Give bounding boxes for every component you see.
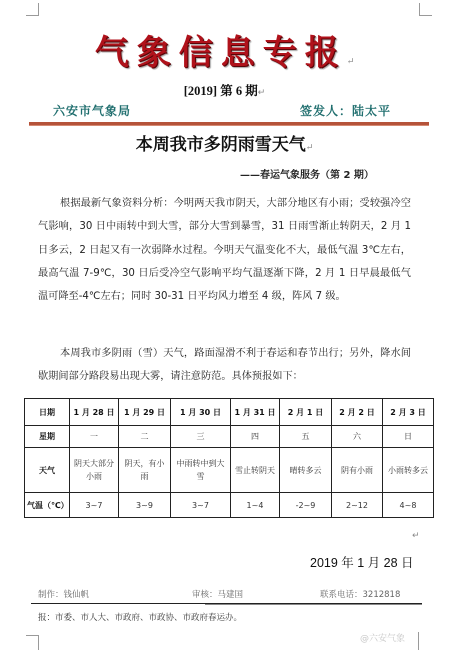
report-recipients: 报：市委、市人大、市政府、市政协、市政府春运办。 [38, 611, 242, 623]
issue-number: [2019] 第 6 期↵ [0, 81, 449, 99]
weather-cell: 晴转多云 [280, 448, 332, 493]
body-paragraph-2: 本周我市多阴雨（雪）天气，路面湿滑不利于春运和春节出行；另外，降水间歇期间部分路… [38, 342, 411, 389]
temp-cell: 4~8 [383, 493, 434, 518]
footer-reviewer: 审核：马建国 [192, 588, 243, 600]
page-corner-top-right [419, 3, 432, 16]
masthead-text: 气象信息专报 [95, 33, 347, 73]
temp-cell: 3~7 [70, 493, 119, 518]
table-row-date: 日期 1 月 28 日 1 月 29 日 1 月 30 日 1 月 31 日 2… [25, 399, 434, 426]
headline-text: 本周我市多阴雨雪天气 [136, 135, 306, 155]
date-cell: 1 月 30 日 [171, 399, 231, 426]
header-divider [29, 122, 429, 126]
row-header-temperature: 气温（℃） [25, 493, 70, 518]
temp-cell: 2~12 [332, 493, 383, 518]
footer-maker: 制作：钱仙帆 [38, 588, 89, 600]
weekday-cell: 六 [332, 426, 383, 448]
issue-text: [2019] 第 6 期 [184, 84, 258, 98]
weather-cell: 阴天，有小雨 [119, 448, 171, 493]
weekday-cell: 五 [280, 426, 332, 448]
forecast-table: 日期 1 月 28 日 1 月 29 日 1 月 30 日 1 月 31 日 2… [24, 398, 434, 518]
weather-cell: 阴天大部分小雨 [70, 448, 119, 493]
date-cell: 2 月 1 日 [280, 399, 332, 426]
temp-cell: 3~7 [171, 493, 231, 518]
paragraph-mark-icon: ↵ [258, 87, 266, 97]
row-header-weather: 天气 [25, 448, 70, 493]
weekday-cell: 四 [231, 426, 280, 448]
weekday-cell: 二 [119, 426, 171, 448]
weather-cell: 小雨转多云 [383, 448, 434, 493]
paragraph-mark-icon: ↵ [347, 57, 355, 67]
weather-cell: 中雨转中到大雪 [171, 448, 231, 493]
document-date: 2019 年 1 月 28 日 [310, 553, 414, 571]
table-row-temperature: 气温（℃） 3~7 3~9 3~7 1~4 -2~9 2~12 4~8 [25, 493, 434, 518]
issuing-agency: 六安市气象局 [53, 102, 131, 119]
weather-cell: 阴有小雨 [332, 448, 383, 493]
weekday-cell: 三 [171, 426, 231, 448]
date-cell: 1 月 31 日 [231, 399, 280, 426]
weekday-cell: 日 [383, 426, 434, 448]
page-corner-bottom-left-stem [38, 635, 39, 650]
page-corner-top-left [26, 3, 39, 16]
paragraph-mark-icon: ↵ [412, 531, 420, 541]
headline: 本周我市多阴雨雪天气↵ [0, 130, 449, 155]
weekday-cell: 一 [70, 426, 119, 448]
row-header-date: 日期 [25, 399, 70, 426]
date-cell: 2 月 3 日 [383, 399, 434, 426]
signer: 签发人：陆太平 [300, 102, 391, 119]
paragraph-mark-icon: ↵ [306, 143, 314, 153]
table-row-weekday: 星期 一 二 三 四 五 六 日 [25, 426, 434, 448]
temp-cell: -2~9 [280, 493, 332, 518]
temp-cell: 3~9 [119, 493, 171, 518]
row-header-weekday: 星期 [25, 426, 70, 448]
footer-phone: 联系电话：3212818 [320, 588, 400, 600]
weather-cell: 雪止转阴天 [231, 448, 280, 493]
date-cell: 2 月 2 日 [332, 399, 383, 426]
footer-divider-shadow [205, 604, 422, 605]
page-corner-bottom-right [418, 632, 419, 650]
weibo-watermark: @六安气象 [360, 631, 405, 644]
date-cell: 1 月 28 日 [70, 399, 119, 426]
masthead-title: 气象信息专报↵ [0, 25, 449, 74]
temp-cell: 1~4 [231, 493, 280, 518]
date-cell: 1 月 29 日 [119, 399, 171, 426]
body-paragraph-1: 根据最新气象资料分析：今明两天我市阴天，大部分地区有小雨；受较强冷空气影响，30… [38, 192, 411, 308]
subheadline: ——春运气象服务（第 2 期） [240, 166, 374, 181]
table-row-weather: 天气 阴天大部分小雨 阴天，有小雨 中雨转中到大雪 雪止转阴天 晴转多云 阴有小… [25, 448, 434, 493]
page-corner-bottom-left [26, 635, 38, 648]
